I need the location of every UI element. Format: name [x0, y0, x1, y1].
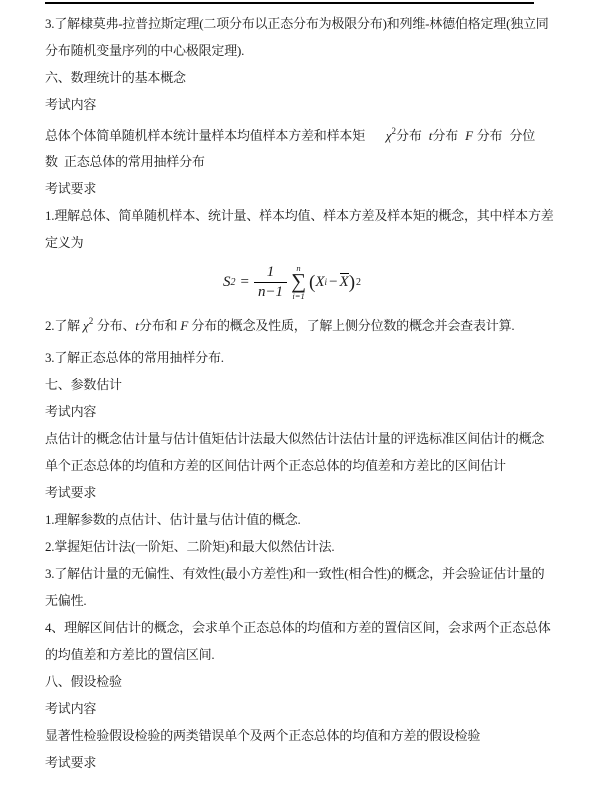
- requirement-text: 分布、: [97, 318, 135, 333]
- keyword-text: 分布: [432, 128, 458, 143]
- exam-content-heading: 考试内容: [45, 91, 557, 118]
- keyword-line-hypothesis: 显著性检验假设检验的两类错误单个及两个正态总体的均值和方差的假设检验: [45, 722, 557, 749]
- fraction-numerator: 1: [257, 264, 285, 282]
- section-heading-7: 七、参数估计: [45, 371, 557, 398]
- requirement-item-1: 1.理解总体、简单随机样本、统计量、样本均值、样本方差及样本矩的概念，其中样本方…: [45, 202, 557, 229]
- exam-requirement-heading: 考试要求: [45, 479, 557, 506]
- summation-lower-limit: i=1: [292, 292, 304, 301]
- requirement-item-3: 3.了解估计量的无偏性、有效性(最小方差性)和一致性(相合性)的概念，并会验证估…: [45, 560, 557, 587]
- keyword-text: 分布: [396, 128, 422, 143]
- fraction: 1n−1: [254, 264, 287, 300]
- exam-requirement-heading: 考试要求: [45, 175, 557, 202]
- equals-sign: =: [240, 274, 248, 291]
- requirement-item-3: 3.了解正态总体的常用抽样分布.: [45, 344, 557, 371]
- requirement-item-1-cont: 定义为: [45, 229, 557, 256]
- variable-subscript: i: [325, 277, 328, 287]
- requirement-item-2: 2.了解 χ2分布、t分布和 F 分布的概念及性质，了解上侧分位数的概念并会查表…: [45, 308, 557, 335]
- keyword-line-distributions: 总体个体简单随机样本统计量样本均值样本方差和样本矩χ2分布t分布F分布分位: [45, 118, 557, 145]
- keyword-line-interval: 单个正态总体的均值和方差的区间估计两个正态总体的均值差和方差比的区间估计: [45, 452, 557, 479]
- keyword-line-estimation: 点估计的概念估计量与估计值矩估计法最大似然估计法估计量的评选标准区间估计的概念: [45, 425, 557, 452]
- requirement-item-4-cont: 的均值差和方差比的置信区间.: [45, 641, 557, 668]
- keyword-text: 分布: [477, 128, 503, 143]
- requirement-text: 分布的概念及性质，了解上侧分位数的概念并会查表计算.: [188, 318, 514, 333]
- sigma-symbol: ∑: [291, 272, 306, 292]
- section-heading-8: 八、假设检验: [45, 668, 557, 695]
- fraction-denominator: n−1: [254, 282, 287, 301]
- formula-lhs: S: [223, 274, 231, 291]
- keyword-text: 分位: [510, 128, 536, 143]
- requirement-text: 分布和: [139, 318, 180, 333]
- paragraph-line-clt-cont: 分布随机变量序列的中心极限定理).: [45, 37, 557, 64]
- keyword-text: 总体个体简单随机样本统计量样本均值样本方差和样本矩: [45, 128, 365, 143]
- exam-requirement-heading: 考试要求: [45, 749, 557, 776]
- paragraph-line-clt: 3.了解棣莫弗-拉普拉斯定理(二项分布以正态分布为极限分布)和列维-林德伯格定理…: [45, 10, 557, 37]
- requirement-item-2: 2.掌握矩估计法(一阶矩、二阶矩)和最大似然估计法.: [45, 533, 557, 560]
- exam-content-heading: 考试内容: [45, 695, 557, 722]
- document-page: 3.了解棣莫弗-拉普拉斯定理(二项分布以正态分布为极限分布)和列维-林德伯格定理…: [0, 0, 598, 793]
- formula-lhs-exponent: 2: [230, 277, 235, 288]
- document-content: 3.了解棣莫弗-拉普拉斯定理(二项分布以正态分布为极限分布)和列维-林德伯格定理…: [45, 10, 557, 776]
- requirement-item-4: 4、理解区间估计的概念，会求单个正态总体的均值和方差的置信区间，会求两个正态总体: [45, 614, 557, 641]
- exam-content-heading: 考试内容: [45, 398, 557, 425]
- requirement-item-1: 1.理解参数的点估计、估计量与估计值的概念.: [45, 506, 557, 533]
- chi-exponent: 2: [89, 316, 94, 326]
- keyword-line-sampling: 数 正态总体的常用抽样分布: [45, 148, 557, 175]
- sample-mean-symbol: X: [340, 273, 349, 291]
- requirement-item-3-cont: 无偏性.: [45, 587, 557, 614]
- summation: n∑i=1: [291, 264, 306, 301]
- formula-exponent: 2: [356, 277, 361, 288]
- section-heading-6: 六、数理统计的基本概念: [45, 64, 557, 91]
- close-paren: ): [349, 273, 355, 292]
- minus-sign: −: [329, 274, 337, 291]
- sample-variance-formula: S2=1n−1n∑i=1(Xi−X)2: [223, 264, 361, 301]
- f-symbol: F: [465, 128, 473, 143]
- requirement-text: 2.了解: [45, 318, 83, 333]
- variable-x: X: [315, 274, 324, 291]
- sample-variance-formula-block: S2=1n−1n∑i=1(Xi−X)2: [45, 260, 557, 304]
- header-rule: [45, 2, 534, 4]
